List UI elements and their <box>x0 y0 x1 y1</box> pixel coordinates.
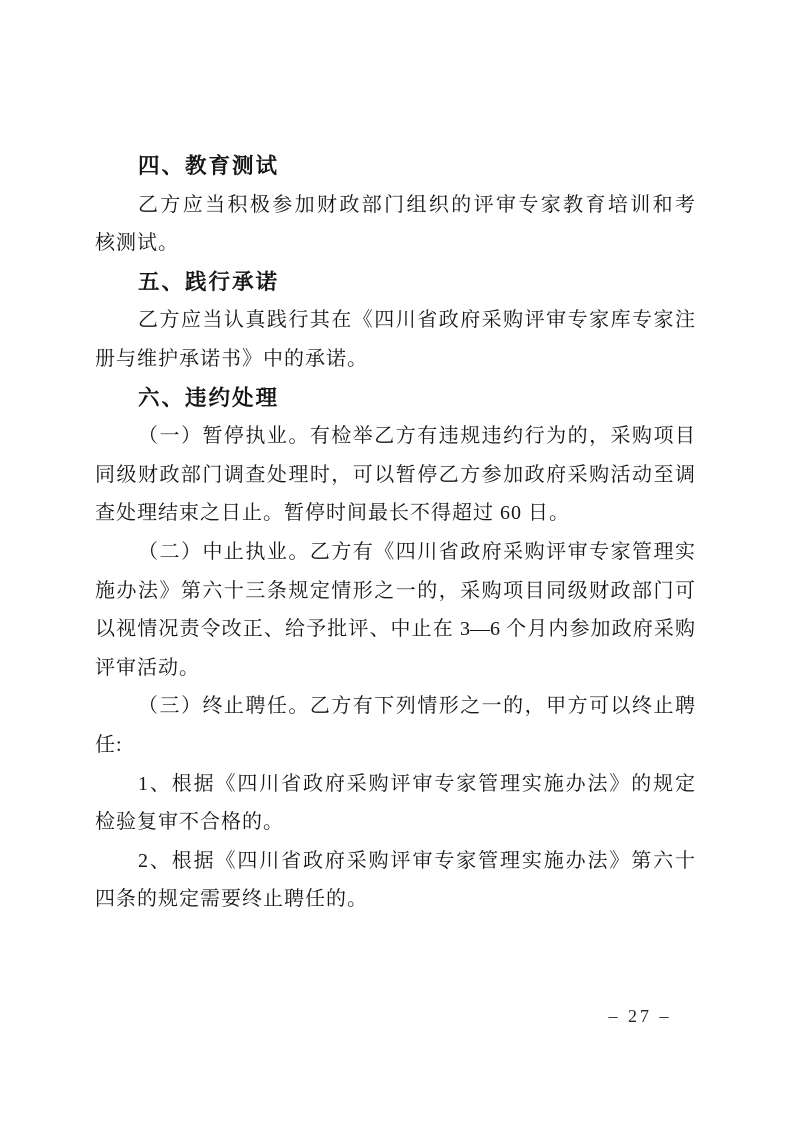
page-number: – 27 – <box>570 1006 710 1027</box>
text-line: 册与维护承诺书》中的承诺。 <box>95 340 695 379</box>
document-page: 四、教育测试 乙方应当积极参加财政部门组织的评审专家教育培训和考 核测试。 五、… <box>0 0 794 1123</box>
text-line: 1、根据《四川省政府采购评审专家管理实施办法》的规定 <box>95 765 695 804</box>
text-line: 检验复审不合格的。 <box>95 803 695 842</box>
text-line: 核测试。 <box>95 224 695 263</box>
text-line: （三）终止聘任。乙方有下列情形之一的，甲方可以终止聘 <box>95 687 695 726</box>
text-line: 2、根据《四川省政府采购评审专家管理实施办法》第六十 <box>95 842 695 881</box>
text-line: 乙方应当认真践行其在《四川省政府采购评审专家库专家注 <box>95 301 695 340</box>
text-line: 施办法》第六十三条规定情形之一的，采购项目同级财政部门可 <box>95 572 695 611</box>
heading-section-5: 五、践行承诺 <box>95 263 695 302</box>
text-line: 四条的规定需要终止聘任的。 <box>95 880 695 919</box>
text-line: （二）中止执业。乙方有《四川省政府采购评审专家管理实 <box>95 533 695 572</box>
text-line: 查处理结束之日止。暂停时间最长不得超过 60 日。 <box>95 494 695 533</box>
heading-section-4: 四、教育测试 <box>95 147 695 186</box>
text-line: 任: <box>95 726 695 765</box>
text-line: 同级财政部门调查处理时，可以暂停乙方参加政府采购活动至调 <box>95 456 695 495</box>
text-line: 乙方应当积极参加财政部门组织的评审专家教育培训和考 <box>95 186 695 225</box>
text-line: 以视情况责令改正、给予批评、中止在 3—6 个月内参加政府采购 <box>95 610 695 649</box>
text-line: 评审活动。 <box>95 649 695 688</box>
heading-section-6: 六、违约处理 <box>95 379 695 418</box>
text-line: （一）暂停执业。有检举乙方有违规违约行为的，采购项目 <box>95 417 695 456</box>
document-body: 四、教育测试 乙方应当积极参加财政部门组织的评审专家教育培训和考 核测试。 五、… <box>95 147 695 919</box>
